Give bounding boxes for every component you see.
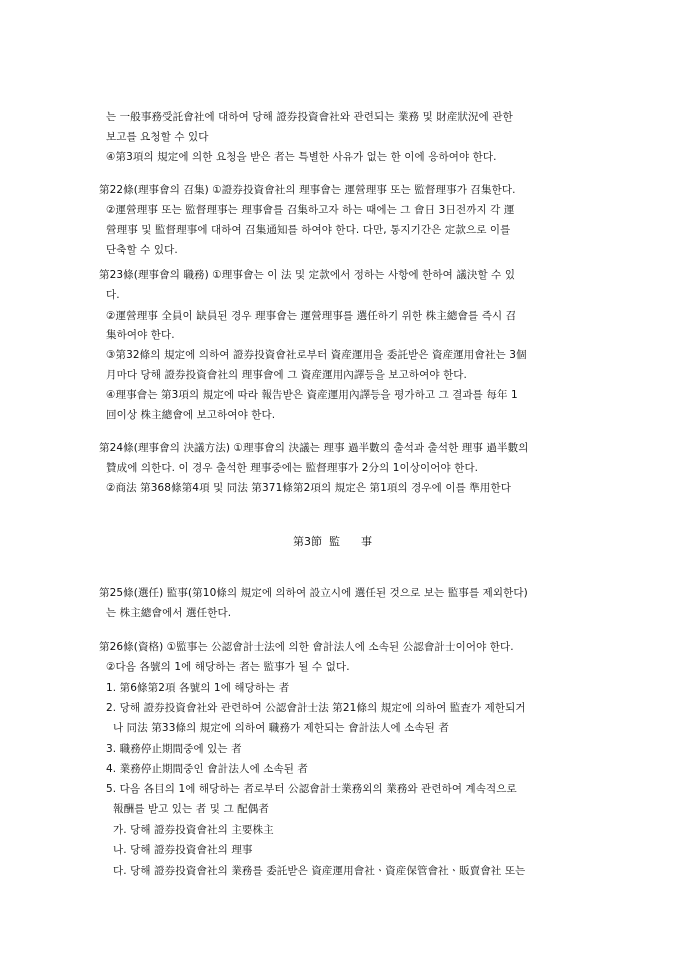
text-line: 보고를 요청할 수 있다 [106,130,209,144]
text-line: 月마다 당해 證券投資會社의 理事會에 그 資産運用內譯등을 보고하여야 한다. [106,368,467,382]
text-line: 는 一般事務受託會社에 대하여 당해 證券投資會社와 관련되는 業務 및 財産狀… [106,110,513,124]
sub-list-item: 가. 당해 證券投資會社의 主要株主 [113,823,274,837]
text-line: 다. [106,288,120,302]
list-item: 4. 業務停止期間중인 會計法人에 소속된 者 [106,762,308,776]
section-heading: 第3節 監 事 [293,533,372,549]
text-line: 報酬를 받고 있는 者 및 그 配偶者 [113,802,269,816]
list-item: 3. 職務停止期間중에 있는 者 [106,742,242,756]
article-24-title-line: 第24條(理事會의 決議方法) ①理事會의 決議는 理事 過半數의 출석과 출석… [99,441,528,455]
text-line: ②運營理事 全員이 缺員된 경우 理事會는 運營理事를 選任하기 위한 株主總會… [106,309,516,323]
sub-list-item: 나. 당해 證券投資會社의 理事 [113,843,253,857]
list-item: 1. 第6條第2項 各號의 1에 해당하는 者 [106,681,289,695]
text-line: ②商法 第368條第4項 및 同法 第371條第2項의 規定은 第1項의 경우에… [106,481,511,495]
document-page: 는 一般事務受託會社에 대하여 당해 證券投資會社와 관련되는 業務 및 財産狀… [0,0,680,962]
text-line: ④第3項의 規定에 의한 요청을 받은 者는 특별한 사유가 없는 한 이에 응… [106,150,497,164]
sub-list-item: 다. 당해 證券投資會社의 業務를 委託받은 資産運用會社ㆍ資産保管會社ㆍ販賣會… [113,864,525,878]
article-25-title-line: 第25條(選任) 監事(第10條의 規定에 의하여 設立시에 選任된 것으로 보… [99,586,528,600]
article-26-title-line: 第26條(資格) ①監事는 公認會計士法에 의한 會計法人에 소속된 公認會計士… [99,640,514,654]
text-line: 나 同法 第33條의 規定에 의하여 職務가 제한되는 會計法人에 소속된 者 [113,721,449,735]
list-item: 2. 당해 證券投資會社와 관련하여 公認會計士法 第21條의 規定에 의하여 … [106,701,526,715]
text-line: ②다음 各號의 1에 해당하는 者는 監事가 될 수 없다. [106,660,350,674]
list-item: 5. 다음 各目의 1에 해당하는 者로부터 公認會計士業務외의 業務와 관련하… [106,782,517,796]
article-23-title-line: 第23條(理事會의 職務) ①理事會는 이 法 및 定款에서 정하는 사항에 한… [99,268,515,282]
text-line: 集하여야 한다. [106,328,175,342]
text-line: ②運營理事 또는 監督理事는 理事會를 召集하고자 하는 때에는 그 會日 3日… [106,203,514,217]
text-line: ④理事會는 第3項의 規定에 따라 報告받은 資産運用內譯등을 평가하고 그 결… [106,388,518,402]
text-line: 는 株主總會에서 選任한다. [106,606,231,620]
text-line: ③第32條의 規定에 의하여 證券投資會社로부터 資産運用을 委託받은 資産運用… [106,348,527,362]
text-line: 단축할 수 있다. [106,243,178,257]
text-line: 營理事 및 監督理事에 대하여 召集通知를 하여야 한다. 다만, 통지기간은 … [106,223,510,237]
article-22-title-line: 第22條(理事會의 召集) ①證券投資會社의 理事會는 運營理事 또는 監督理事… [99,183,516,197]
text-line: 回이상 株主總會에 보고하여야 한다. [106,408,275,422]
text-line: 贊成에 의한다. 이 경우 출석한 理事중에는 監督理事가 2分의 1이상이어야… [106,461,478,475]
